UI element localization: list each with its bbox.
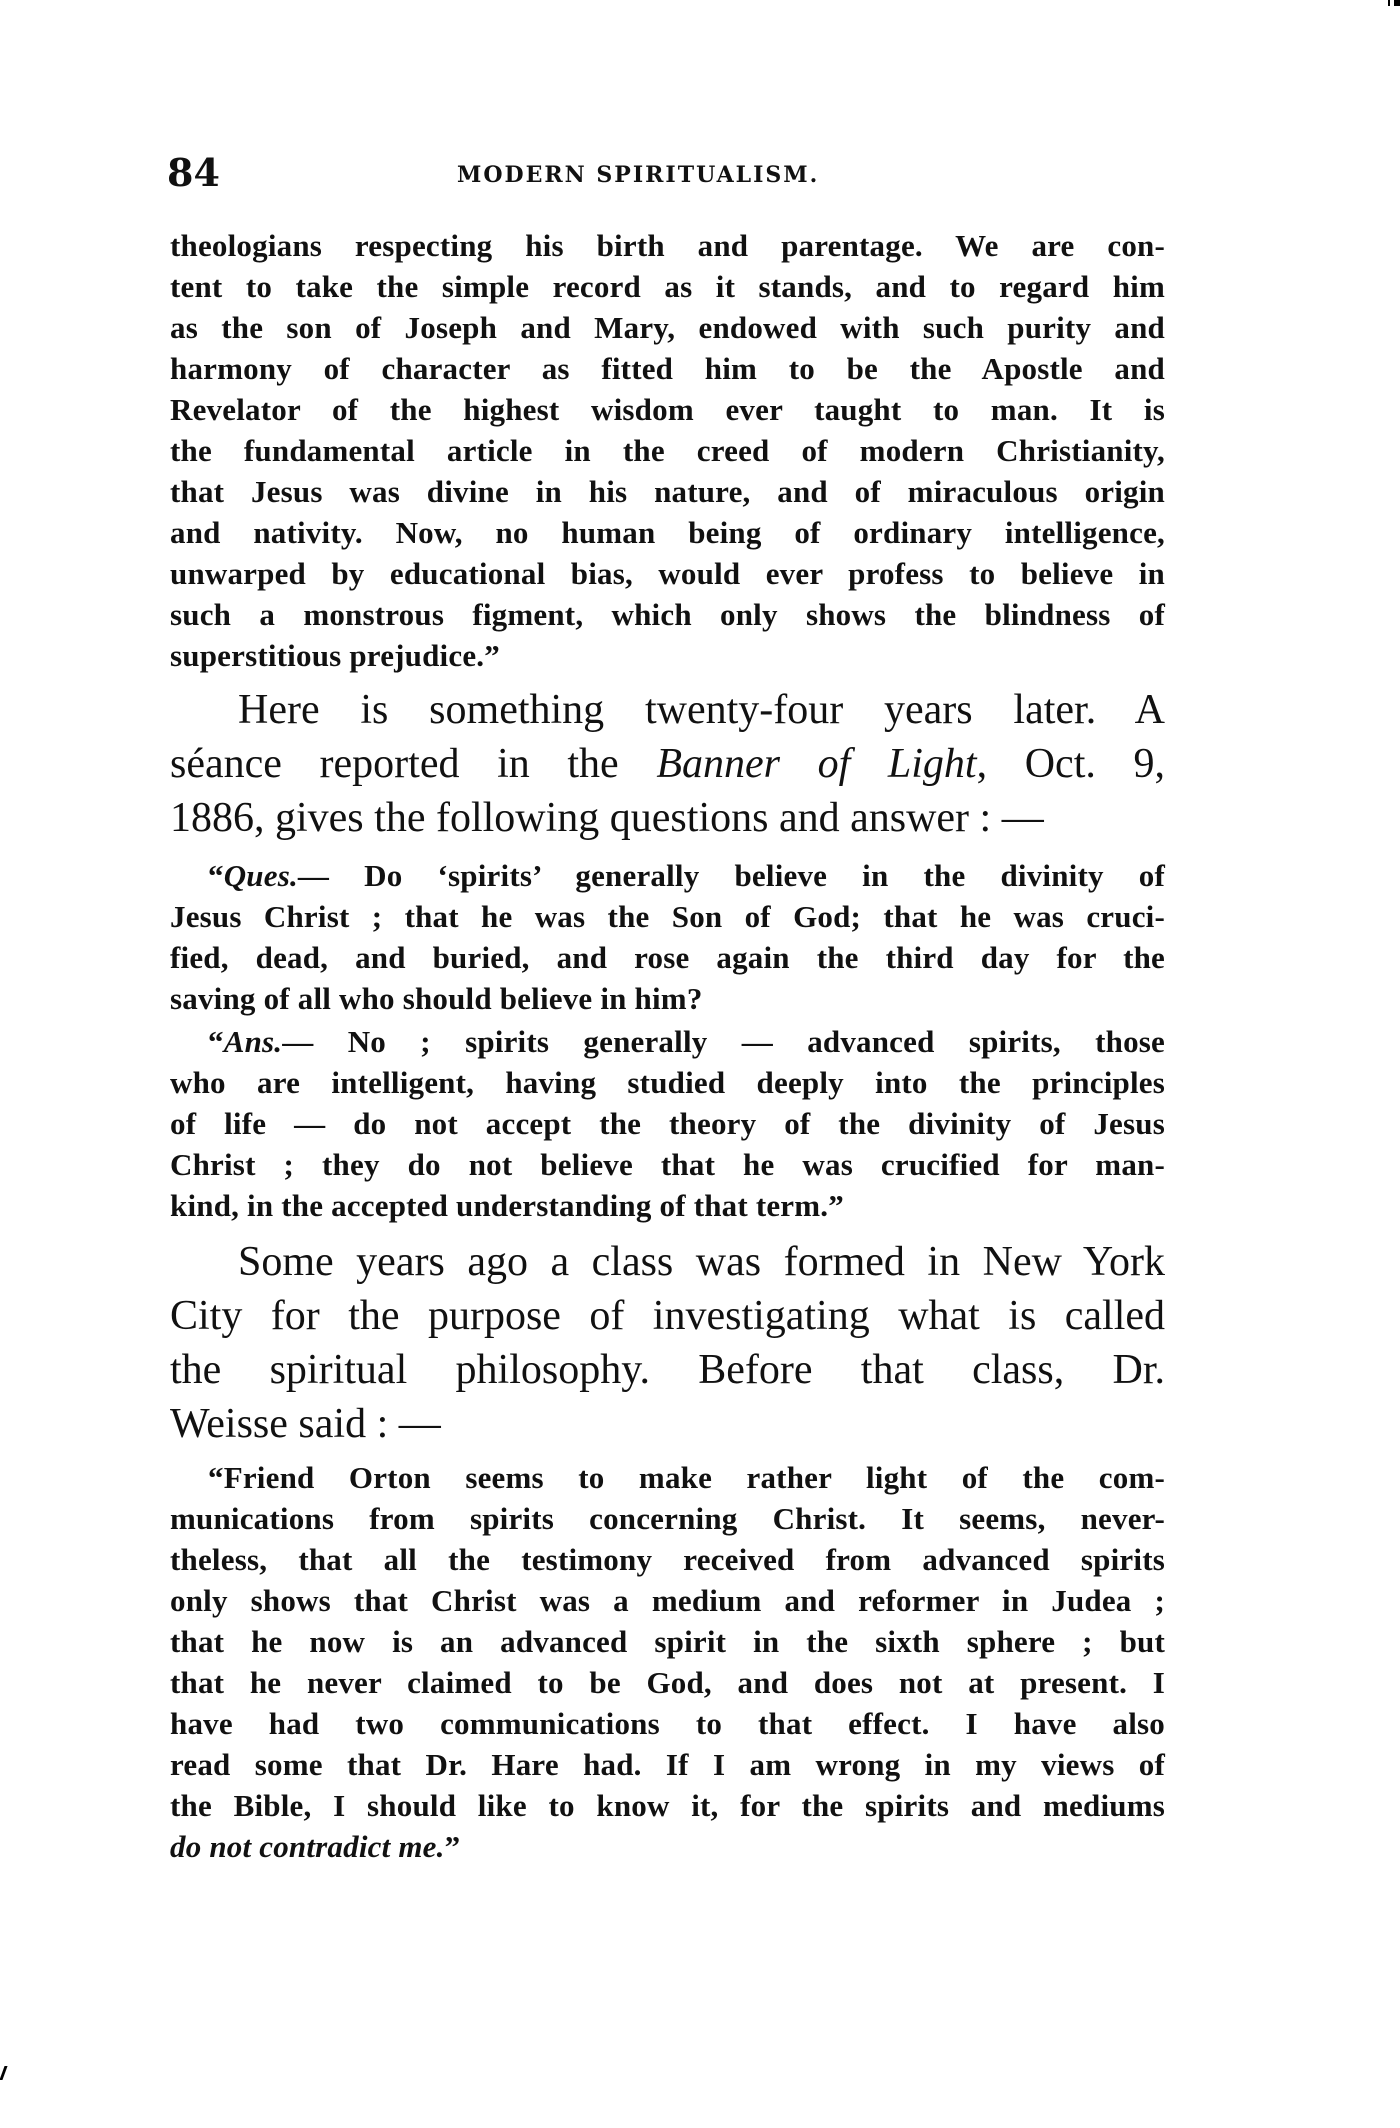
page-header: 84 MODERN SPIRITUALISM.: [167, 150, 1167, 200]
close-quote: ”: [445, 1829, 461, 1864]
text-line: that Jesus was divine in his nature, and…: [170, 474, 1165, 510]
text-line: unwarped by educational bias, would ever…: [170, 556, 1165, 592]
text-line: the Bible, I should like to know it, for…: [170, 1788, 1165, 1824]
text-line: the spiritual philosophy. Before that cl…: [170, 1346, 1165, 1394]
text-line: that he now is an advanced spirit in the…: [170, 1624, 1165, 1660]
text-line: Christ ; they do not believe that he was…: [170, 1147, 1165, 1183]
text-line: kind, in the accepted understanding of t…: [170, 1188, 1165, 1224]
text-line: “Ans.— No ; spirits generally — advanced…: [208, 1024, 1165, 1060]
text-line: 1886, gives the following questions and …: [170, 794, 1165, 842]
text-line: superstitious prejudice.”: [170, 638, 1165, 674]
text-line: theless, that all the testimony received…: [170, 1542, 1165, 1578]
answer-label: Ans.: [224, 1024, 283, 1059]
text-line: saving of all who should believe in him?: [170, 981, 1165, 1017]
text-segment: — Do ‘spirits’ generally believe in the …: [298, 858, 1165, 893]
text-line: munications from spirits concerning Chri…: [170, 1501, 1165, 1537]
text-line: only shows that Christ was a medium and …: [170, 1583, 1165, 1619]
text-line: “Friend Orton seems to make rather light…: [208, 1460, 1165, 1496]
text-line: Some years ago a class was formed in New…: [238, 1238, 1165, 1286]
text-line: read some that Dr. Hare had. If I am wro…: [170, 1747, 1165, 1783]
book-page: 84 MODERN SPIRITUALISM. theologians resp…: [0, 0, 1400, 2128]
text-line: “Ques.— Do ‘spirits’ generally believe i…: [208, 858, 1165, 894]
text-line: such a monstrous figment, which only sho…: [170, 597, 1165, 633]
text-line: who are intelligent, having studied deep…: [170, 1065, 1165, 1101]
text-line: City for the purpose of investigating wh…: [170, 1292, 1165, 1340]
text-line: the fundamental article in the creed of …: [170, 433, 1165, 469]
text-segment: , Oct. 9,: [977, 741, 1165, 787]
scan-mark: [1394, 0, 1400, 6]
text-line: Here is something twenty-four years late…: [238, 686, 1165, 734]
text-line: Jesus Christ ; that he was the Son of Go…: [170, 899, 1165, 935]
text-line: fied, dead, and buried, and rose again t…: [170, 940, 1165, 976]
scan-mark: [1388, 0, 1390, 6]
text-line: tent to take the simple record as it sta…: [170, 269, 1165, 305]
open-quote: “: [208, 858, 224, 893]
text-line: theologians respecting his birth and par…: [170, 228, 1165, 264]
text-line: and nativity. Now, no human being of ord…: [170, 515, 1165, 551]
question-label: Ques.: [224, 858, 298, 893]
text-line: séance reported in the Banner of Light, …: [170, 740, 1165, 788]
text-line: of life — do not accept the theory of th…: [170, 1106, 1165, 1142]
text-line: Weisse said : —: [170, 1400, 1165, 1448]
emphasis-text: do not contradict me.: [170, 1829, 445, 1864]
publication-title: Banner of Light: [656, 741, 976, 787]
text-line: Revelator of the highest wisdom ever tau…: [170, 392, 1165, 428]
text-segment: séance reported in the: [170, 741, 656, 787]
open-quote: “: [208, 1024, 224, 1059]
text-line: as the son of Joseph and Mary, endowed w…: [170, 310, 1165, 346]
text-line: harmony of character as fitted him to be…: [170, 351, 1165, 387]
page-number: 84: [167, 150, 220, 195]
text-line: do not contradict me.”: [170, 1829, 1165, 1865]
text-line: that he never claimed to be God, and doe…: [170, 1665, 1165, 1701]
scan-mark: [0, 2066, 8, 2080]
text-segment: — No ; spirits generally — advanced spir…: [282, 1024, 1165, 1059]
running-head: MODERN SPIRITUALISM.: [457, 162, 819, 188]
text-line: have had two communications to that effe…: [170, 1706, 1165, 1742]
